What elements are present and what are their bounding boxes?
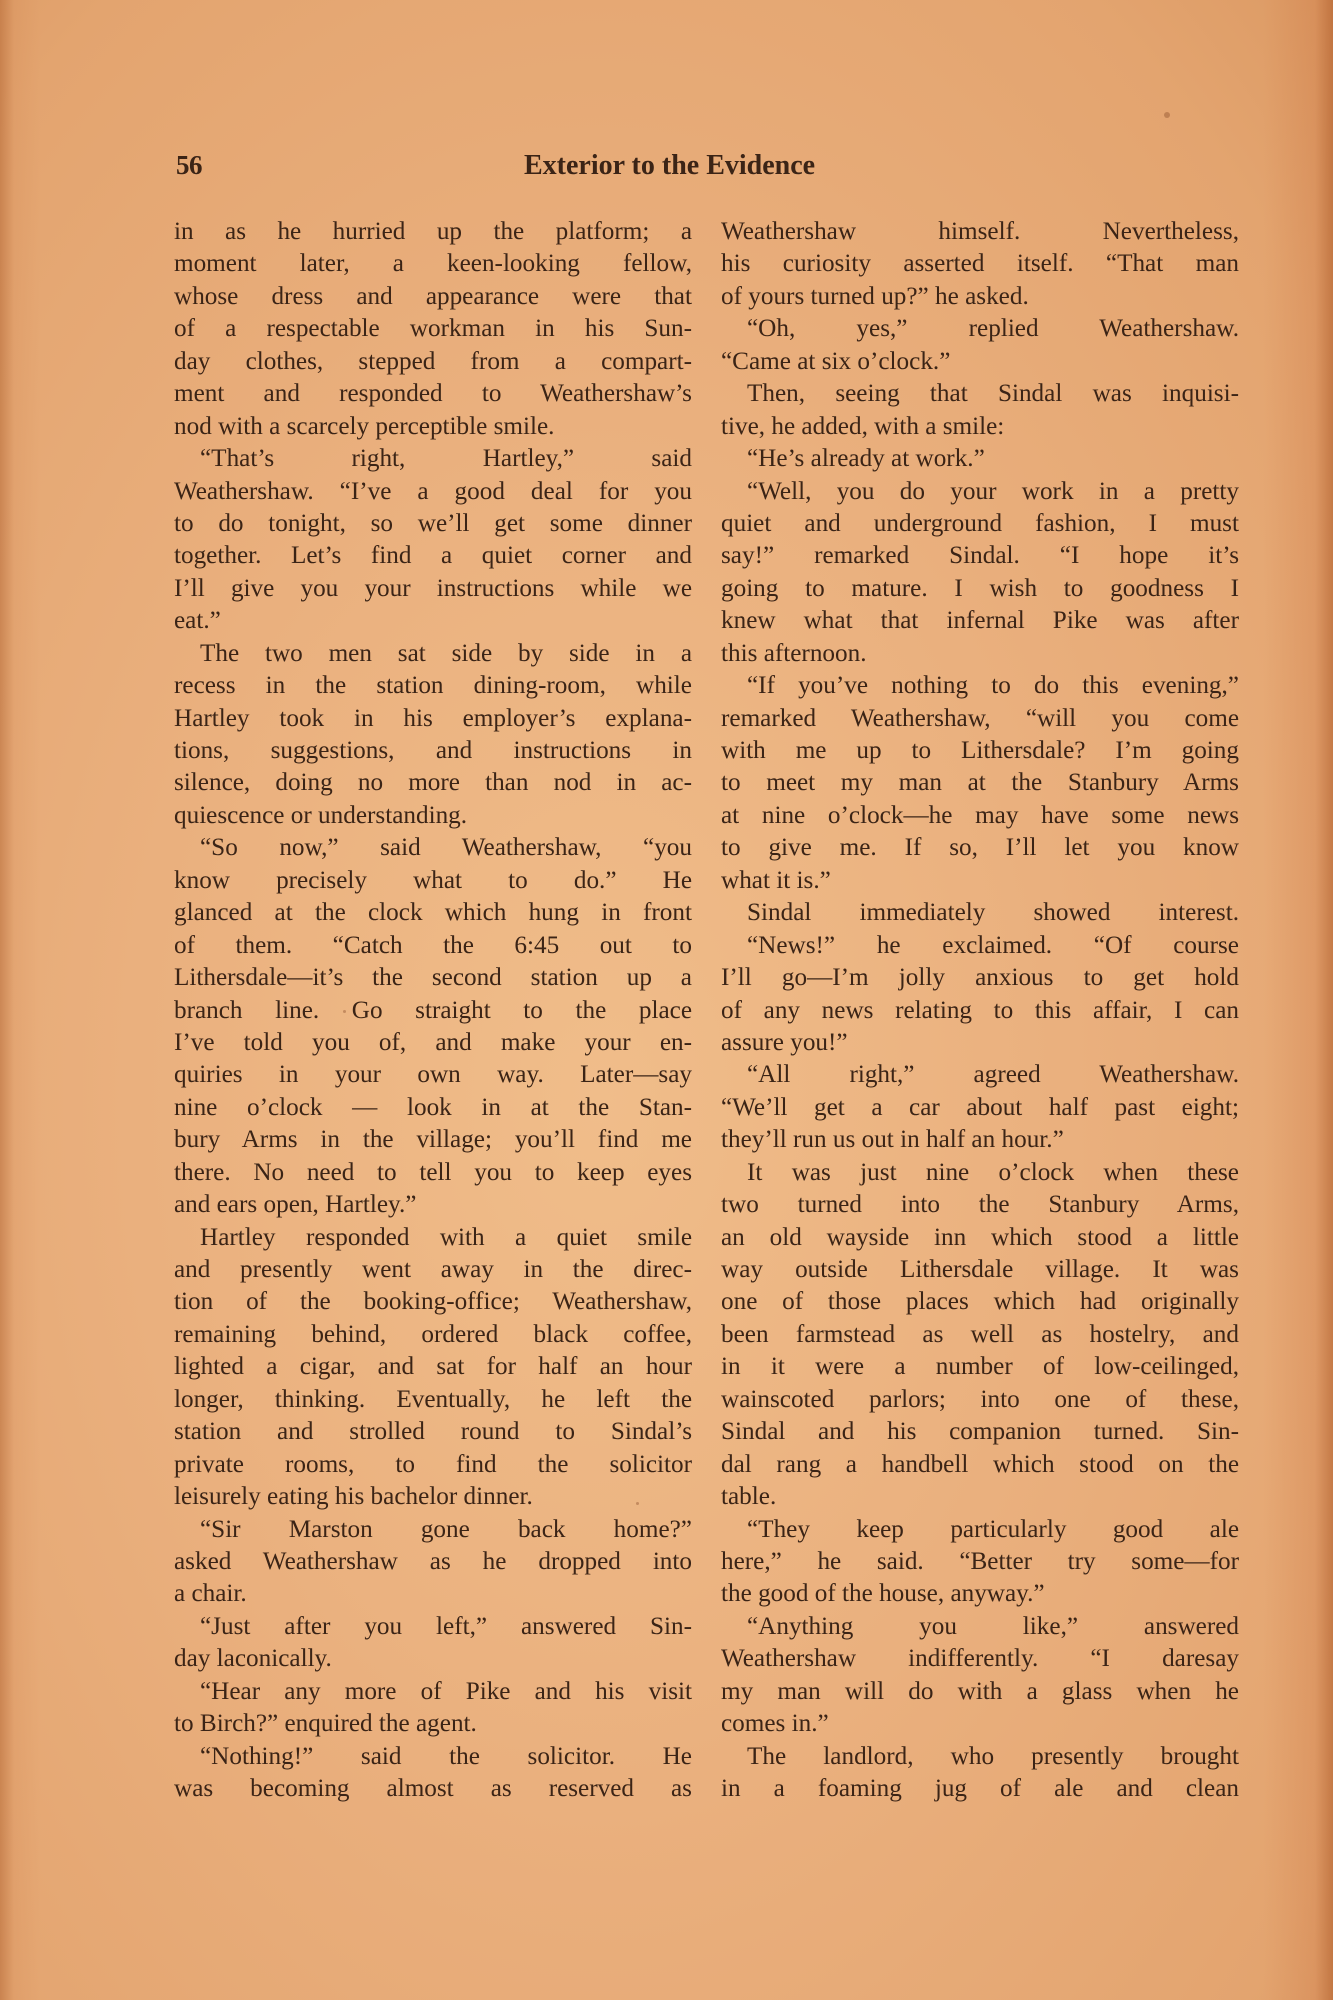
book-page: 56 Exterior to the Evidence in as he hur… — [0, 0, 1333, 2000]
text-line: to meet my man at the Stanbury Arms — [721, 767, 1239, 799]
text-line: Sindal immediately showed interest. — [721, 897, 1239, 929]
text-line: I’ll go—I’m jolly anxious to get hold — [721, 962, 1239, 994]
text-line: table. — [721, 1481, 1239, 1513]
text-line: “If you’ve nothing to do this evening,” — [721, 670, 1239, 702]
text-line: the good of the house, anyway.” — [721, 1578, 1239, 1610]
text-line: there. No need to tell you to keep eyes — [174, 1157, 692, 1189]
text-line: Weathershaw indifferently. “I daresay — [721, 1643, 1239, 1675]
text-line: The landlord, who presently brought — [721, 1741, 1239, 1773]
text-line: to do tonight, so we’ll get some dinner — [174, 508, 692, 540]
paper-speck — [636, 1502, 639, 1505]
text-line: lighted a cigar, and sat for half an hou… — [174, 1351, 692, 1383]
text-line: and presently went away in the direc- — [174, 1254, 692, 1286]
text-line: leisurely eating his bachelor dinner. — [174, 1481, 692, 1513]
text-line: private rooms, to find the solicitor — [174, 1449, 692, 1481]
text-line: “They keep particularly good ale — [721, 1514, 1239, 1546]
text-line: at nine o’clock—he may have some news — [721, 800, 1239, 832]
text-line: here,” he said. “Better try some—for — [721, 1546, 1239, 1578]
text-line: branch line. Go straight to the place — [174, 995, 692, 1027]
text-line: with me up to Lithersdale? I’m going — [721, 735, 1239, 767]
text-line: longer, thinking. Eventually, he left th… — [174, 1384, 692, 1416]
text-line: silence, doing no more than nod in ac- — [174, 767, 692, 799]
text-line: whose dress and appearance were that — [174, 281, 692, 313]
text-line: bury Arms in the village; you’ll find me — [174, 1124, 692, 1156]
text-line: nine o’clock — look in at the Stan- — [174, 1092, 692, 1124]
text-line: “We’ll get a car about half past eight; — [721, 1092, 1239, 1124]
text-line: “Hear any more of Pike and his visit — [174, 1676, 692, 1708]
text-line: day clothes, stepped from a compart- — [174, 346, 692, 378]
text-line: “Sir Marston gone back home?” — [174, 1514, 692, 1546]
text-line: was becoming almost as reserved as — [174, 1773, 692, 1805]
text-line: station and strolled round to Sindal’s — [174, 1416, 692, 1448]
text-line: Hartley took in his employer’s explana- — [174, 703, 692, 735]
page-number: 56 — [176, 150, 202, 181]
text-line: day laconically. — [174, 1643, 692, 1675]
text-line: I’ve told you of, and make your en- — [174, 1027, 692, 1059]
text-line: dal rang a handbell which stood on the — [721, 1449, 1239, 1481]
text-line: quiries in your own way. Later—say — [174, 1059, 692, 1091]
text-line: know precisely what to do.” He — [174, 865, 692, 897]
text-line: way outside Lithersdale village. It was — [721, 1254, 1239, 1286]
text-line: The two men sat side by side in a — [174, 638, 692, 670]
text-line: of them. “Catch the 6:45 out to — [174, 930, 692, 962]
text-line: they’ll run us out in half an hour.” — [721, 1124, 1239, 1156]
running-title: Exterior to the Evidence — [524, 150, 815, 182]
text-line: quiet and underground fashion, I must — [721, 508, 1239, 540]
text-line: in a foaming jug of ale and clean — [721, 1773, 1239, 1805]
text-line: his curiosity asserted itself. “That man — [721, 248, 1239, 280]
text-line: a chair. — [174, 1578, 692, 1610]
text-line: Then, seeing that Sindal was inquisi- — [721, 378, 1239, 410]
text-line: “Nothing!” said the solicitor. He — [174, 1741, 692, 1773]
text-line: and ears open, Hartley.” — [174, 1189, 692, 1221]
text-line: an old wayside inn which stood a little — [721, 1222, 1239, 1254]
text-line: to Birch?” enquired the agent. — [174, 1708, 692, 1740]
text-line: nod with a scarcely perceptible smile. — [174, 411, 692, 443]
text-line: tive, he added, with a smile: — [721, 411, 1239, 443]
text-line: together. Let’s find a quiet corner and — [174, 540, 692, 572]
text-line: “News!” he exclaimed. “Of course — [721, 930, 1239, 962]
text-line: to give me. If so, I’ll let you know — [721, 832, 1239, 864]
text-line: “He’s already at work.” — [721, 443, 1239, 475]
text-line: remaining behind, ordered black coffee, — [174, 1319, 692, 1351]
text-line: moment later, a keen-looking fellow, — [174, 248, 692, 280]
text-line: of a respectable workman in his Sun- — [174, 313, 692, 345]
text-line: assure you!” — [721, 1027, 1239, 1059]
text-line: I’ll give you your instructions while we — [174, 573, 692, 605]
text-line: “Well, you do your work in a pretty — [721, 476, 1239, 508]
text-line: quiescence or understanding. — [174, 800, 692, 832]
text-line: been farmstead as well as hostelry, and — [721, 1319, 1239, 1351]
text-line: two turned into the Stanbury Arms, — [721, 1189, 1239, 1221]
text-line: Weathershaw himself. Nevertheless, — [721, 216, 1239, 248]
paper-speck — [343, 1010, 346, 1013]
text-line: “Oh, yes,” replied Weathershaw. — [721, 313, 1239, 345]
text-line: “Just after you left,” answered Sin- — [174, 1611, 692, 1643]
text-column-right: Weathershaw himself. Nevertheless,his cu… — [721, 216, 1239, 1805]
text-line: in as he hurried up the platform; a — [174, 216, 692, 248]
text-line: tions, suggestions, and instructions in — [174, 735, 692, 767]
text-line: “So now,” said Weathershaw, “you — [174, 832, 692, 864]
text-line: wainscoted parlors; into one of these, — [721, 1384, 1239, 1416]
text-line: say!” remarked Sindal. “I hope it’s — [721, 540, 1239, 572]
text-line: tion of the booking-office; Weathershaw, — [174, 1286, 692, 1318]
text-line: going to mature. I wish to goodness I — [721, 573, 1239, 605]
text-line: “Anything you like,” answered — [721, 1611, 1239, 1643]
text-line: eat.” — [174, 605, 692, 637]
text-line: recess in the station dining-room, while — [174, 670, 692, 702]
text-line: of yours turned up?” he asked. — [721, 281, 1239, 313]
text-line: Lithersdale—it’s the second station up a — [174, 962, 692, 994]
text-line: what it is.” — [721, 865, 1239, 897]
text-line: “That’s right, Hartley,” said — [174, 443, 692, 475]
text-line: one of those places which had originally — [721, 1286, 1239, 1318]
text-line: this afternoon. — [721, 638, 1239, 670]
text-line: ment and responded to Weathershaw’s — [174, 378, 692, 410]
text-line: glanced at the clock which hung in front — [174, 897, 692, 929]
text-line: in it were a number of low-ceilinged, — [721, 1351, 1239, 1383]
running-header: 56 Exterior to the Evidence — [176, 150, 888, 190]
text-column-left: in as he hurried up the platform; amomen… — [174, 216, 692, 1805]
paper-speck — [1164, 112, 1170, 118]
text-line: asked Weathershaw as he dropped into — [174, 1546, 692, 1578]
text-line: “All right,” agreed Weathershaw. — [721, 1059, 1239, 1091]
text-line: It was just nine o’clock when these — [721, 1157, 1239, 1189]
text-line: my man will do with a glass when he — [721, 1676, 1239, 1708]
text-line: Weathershaw. “I’ve a good deal for you — [174, 476, 692, 508]
text-line: comes in.” — [721, 1708, 1239, 1740]
text-line: “Came at six o’clock.” — [721, 346, 1239, 378]
text-line: remarked Weathershaw, “will you come — [721, 703, 1239, 735]
text-line: of any news relating to this affair, I c… — [721, 995, 1239, 1027]
text-line: Hartley responded with a quiet smile — [174, 1222, 692, 1254]
text-line: Sindal and his companion turned. Sin- — [721, 1416, 1239, 1448]
text-line: knew what that infernal Pike was after — [721, 605, 1239, 637]
